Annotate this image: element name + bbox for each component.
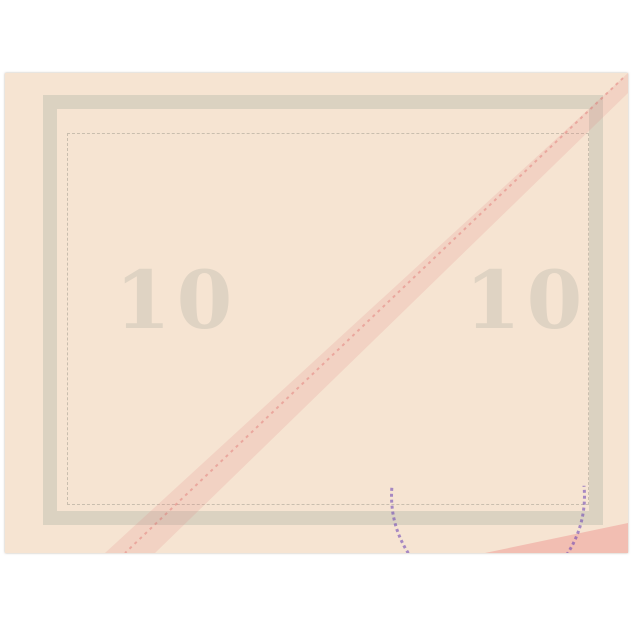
- ghost-denomination-left: 10: [115, 253, 238, 347]
- banknote-back: 10 10: [5, 73, 628, 553]
- ghost-denomination-right: 10: [465, 253, 588, 347]
